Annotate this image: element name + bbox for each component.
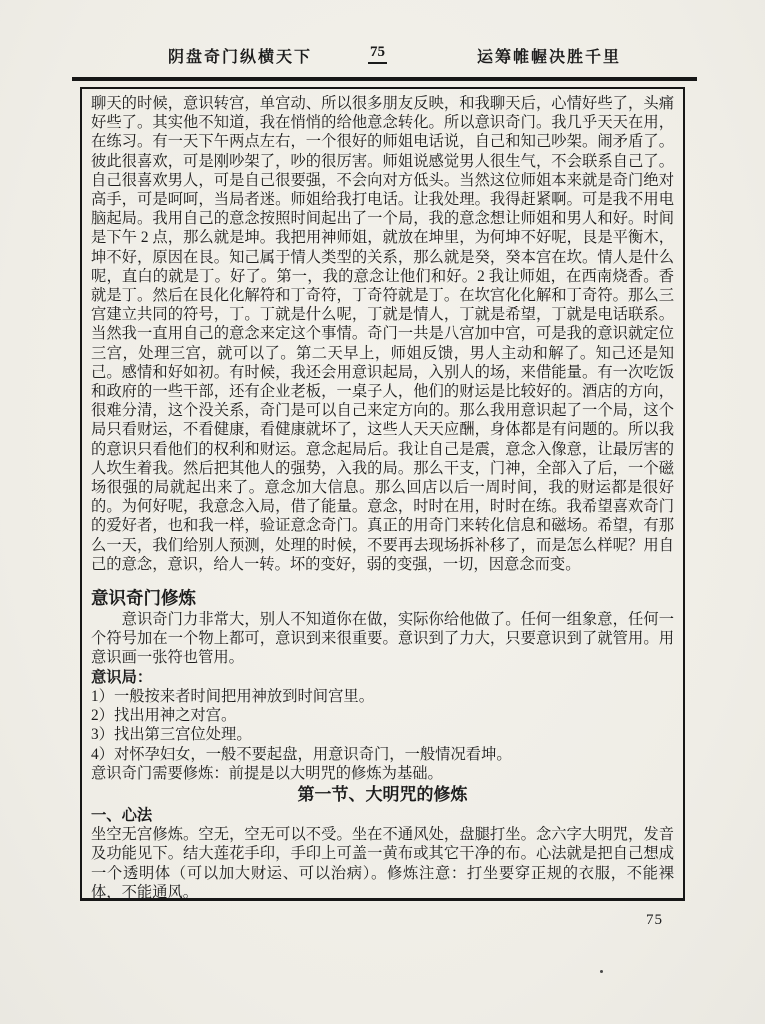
list-item-1: 1）一般按来者时间把用神放到时间宫里。 xyxy=(91,687,674,706)
section1-note: 意识奇门需要修炼：前提是以大明咒的修炼为基础。 xyxy=(91,764,674,783)
header-right-title: 运筹帷幄决胜千里 xyxy=(477,44,621,67)
list-item-3: 3）找出第三宫位处理。 xyxy=(91,725,674,744)
section2-paragraph: 坐空无宫修炼。空无，空无可以不受。坐在不通风处，盘腿打坐。念六字大明咒，发音及功… xyxy=(91,825,674,901)
scanned-book-page: 阴盘奇门纵横天下 75 运筹帷幄决胜千里 聊天的时候，意识转宫，单宫动、所以很多… xyxy=(0,0,765,1024)
list-item-4: 4）对怀孕妇女，一般不要起盘，用意识奇门，一般情况看坤。 xyxy=(91,745,674,764)
section2-subheading-xinfa: 一、心法 xyxy=(91,806,674,825)
header-page-number: 75 xyxy=(368,44,387,64)
list-item-2: 2）找出用神之对宫。 xyxy=(91,706,674,725)
header-divider-rule xyxy=(72,77,697,81)
section1-heading: 意识奇门修炼 xyxy=(91,587,674,609)
intro-paragraph: 聊天的时候，意识转宫，单宫动、所以很多朋友反映，和我聊天后，心情好些了，头痛好些… xyxy=(91,94,674,574)
footer-page-number: 75 xyxy=(646,912,663,929)
scan-artifact-dot xyxy=(600,970,603,973)
section1-paragraph: 意识奇门力非常大，别人不知道你在做，实际你给他做了。任何一组象意，任何一个符号加… xyxy=(91,610,674,668)
header-left-title: 阴盘奇门纵横天下 xyxy=(168,44,312,67)
content-box: 聊天的时候，意识转宫，单宫动、所以很多朋友反映，和我聊天后，心情好些了，头痛好些… xyxy=(80,87,685,901)
section2-heading: 第一节、大明咒的修炼 xyxy=(91,784,674,805)
section1-subheading-yishiju: 意识局： xyxy=(91,668,674,687)
